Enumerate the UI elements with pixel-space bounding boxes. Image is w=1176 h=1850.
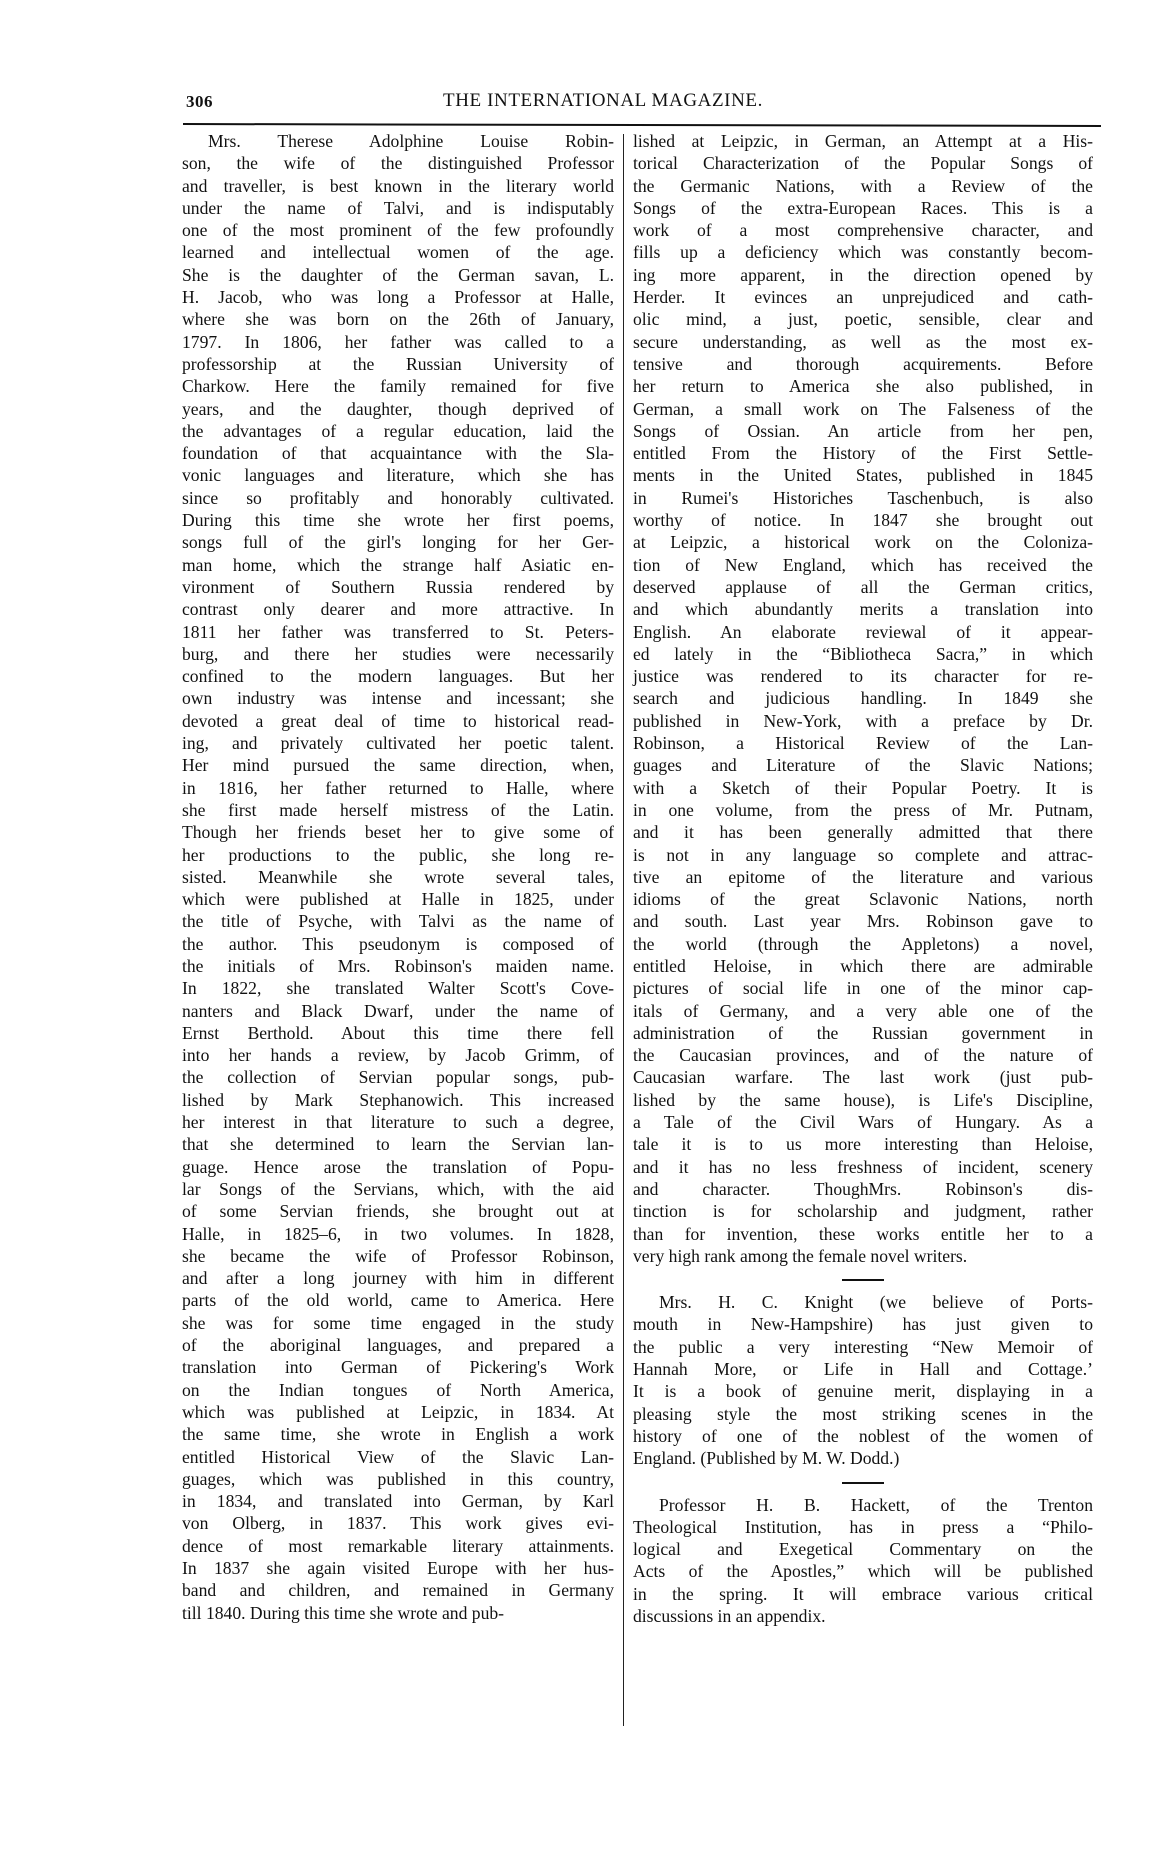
column-divider (623, 134, 624, 1726)
text-line: entitled From the History of the First S… (633, 442, 1093, 464)
text-line: own industry was intense and incessant; … (182, 687, 614, 709)
text-line: and after a long journey with him in dif… (182, 1267, 614, 1289)
text-line: vonic languages and literature, which sh… (182, 464, 614, 486)
text-line: Though her friends beset her to give som… (182, 821, 614, 843)
text-line: tive an epitome of the literature and va… (633, 866, 1093, 888)
text-line: Ernst Berthold. About this time there fe… (182, 1022, 614, 1044)
text-line: fills up a deficiency which was constant… (633, 241, 1093, 263)
text-line: band and children, and remained in Germa… (182, 1579, 614, 1601)
section-separator (842, 1482, 884, 1484)
text-line: the collection of Servian popular songs,… (182, 1066, 614, 1088)
text-line: in Rumei's Historiches Taschenbuch, is a… (633, 487, 1093, 509)
text-line: guage. Hence arose the translation of Po… (182, 1156, 614, 1178)
text-line: in 1834, and translated into German, by … (182, 1490, 614, 1512)
right-column: lished at Leipzic, in German, an Attempt… (633, 130, 1093, 1627)
text-line: 1797. In 1806, her father was called to … (182, 331, 614, 353)
text-line: It is a book of genuine merit, displayin… (633, 1380, 1093, 1402)
text-line: Mrs. H. C. Knight (we believe of Ports- (633, 1291, 1093, 1313)
text-line: the Germanic Nations, with a Review of t… (633, 175, 1093, 197)
text-line: logical and Exegetical Commentary on the (633, 1538, 1093, 1560)
text-line: her interest in that literature to such … (182, 1111, 614, 1133)
text-line: her productions to the public, she long … (182, 844, 614, 866)
text-line: von Olberg, in 1837. This work gives evi… (182, 1512, 614, 1534)
header-rule (183, 123, 1101, 127)
left-column: Mrs. Therese Adolphine Louise Robin-son,… (182, 130, 614, 1624)
article-knight-notice: Mrs. H. C. Knight (we believe of Ports-m… (633, 1291, 1093, 1469)
text-line: learned and intellectual women of the ag… (182, 241, 614, 263)
text-line: Acts of the Apostles,” which will be pub… (633, 1560, 1093, 1582)
text-line: her return to America she also published… (633, 375, 1093, 397)
text-line: Songs of the extra-European Races. This … (633, 197, 1093, 219)
text-line: in one volume, from the press of Mr. Put… (633, 799, 1093, 821)
text-line: of some Servian friends, she brought out… (182, 1200, 614, 1222)
text-line: the author. This pseudonym is composed o… (182, 933, 614, 955)
article-talvi-continuation: lished at Leipzic, in German, an Attempt… (633, 130, 1093, 1267)
text-line: very high rank among the female novel wr… (633, 1245, 1093, 1267)
text-line: published in New-York, with a preface by… (633, 710, 1093, 732)
text-line: man home, which the strange half Asiatic… (182, 554, 614, 576)
text-line: and it has been generally admitted that … (633, 821, 1093, 843)
text-line: In 1837 she again visited Europe with he… (182, 1557, 614, 1579)
text-line: pleasing style the most striking scenes … (633, 1403, 1093, 1425)
text-line: the public a very interesting “New Memoi… (633, 1336, 1093, 1358)
text-line: the Caucasian provinces, and of the natu… (633, 1044, 1093, 1066)
text-line: the world (through the Appletons) a nove… (633, 933, 1093, 955)
text-line: songs full of the girl's longing for her… (182, 531, 614, 553)
running-title: THE INTERNATIONAL MAGAZINE. (0, 90, 1176, 112)
text-line: ments in the United States, published in… (633, 464, 1093, 486)
text-line: Caucasian warfare. The last work (just p… (633, 1066, 1093, 1088)
text-line: ing more apparent, in the direction open… (633, 264, 1093, 286)
text-line: guages and Literature of the Slavic Nati… (633, 754, 1093, 776)
text-line: devoted a great deal of time to historic… (182, 710, 614, 732)
text-line: a Tale of the Civil Wars of Hungary. As … (633, 1111, 1093, 1133)
text-line: torical Characterization of the Popular … (633, 152, 1093, 174)
text-line: German, a small work on The Falseness of… (633, 398, 1093, 420)
text-line: H. Jacob, who was long a Professor at Ha… (182, 286, 614, 308)
text-line: parts of the old world, came to America.… (182, 1289, 614, 1311)
text-line: olic mind, a just, poetic, sensible, cle… (633, 308, 1093, 330)
text-line: discussions in an appendix. (633, 1605, 1093, 1627)
text-line: of the aboriginal languages, and prepare… (182, 1334, 614, 1356)
text-line: nanters and Black Dwarf, under the name … (182, 1000, 614, 1022)
article-hackett-notice: Professor H. B. Hackett, of the TrentonT… (633, 1494, 1093, 1628)
text-line: work of a most comprehensive character, … (633, 219, 1093, 241)
text-line: itals of Germany, and a very able one of… (633, 1000, 1093, 1022)
text-line: into her hands a review, by Jacob Grimm,… (182, 1044, 614, 1066)
running-title-text: THE INTERNATIONAL MAGAZINE. (443, 90, 763, 112)
text-line: search and judicious handling. In 1849 s… (633, 687, 1093, 709)
text-line: the initials of Mrs. Robinson's maiden n… (182, 955, 614, 977)
text-line: Her mind pursued the same direction, whe… (182, 754, 614, 776)
text-line: tinction is for scholarship and judgment… (633, 1200, 1093, 1222)
text-line: foundation of that acquaintance with the… (182, 442, 614, 464)
text-line: contrast only dearer and more attractive… (182, 598, 614, 620)
text-line: translation into German of Pickering's W… (182, 1356, 614, 1378)
text-line: deserved applause of all the German crit… (633, 576, 1093, 598)
text-line: Robinson, a Historical Review of the Lan… (633, 732, 1093, 754)
text-line: till 1840. During this time she wrote an… (182, 1602, 614, 1624)
text-line: and it has no less freshness of incident… (633, 1156, 1093, 1178)
text-line: secure understanding, as well as the mos… (633, 331, 1093, 353)
text-line: which was published at Leipzic, in 1834.… (182, 1401, 614, 1423)
text-line: the advantages of a regular education, l… (182, 420, 614, 442)
text-line: where she was born on the 26th of Januar… (182, 308, 614, 330)
text-line: one of the most prominent of the few pro… (182, 219, 614, 241)
text-line: ed lately in the “Bibliotheca Sacra,” in… (633, 643, 1093, 665)
text-line: she first made herself mistress of the L… (182, 799, 614, 821)
text-line: than for invention, these works entitle … (633, 1223, 1093, 1245)
text-line: with a Sketch of their Popular Poetry. I… (633, 777, 1093, 799)
text-line: In 1822, she translated Walter Scott's C… (182, 977, 614, 999)
text-line: During this time she wrote her first poe… (182, 509, 614, 531)
text-line: tion of New England, which has received … (633, 554, 1093, 576)
text-line: ing, and privately cultivated her poetic… (182, 732, 614, 754)
text-line: she was for some time engaged in the stu… (182, 1312, 614, 1334)
text-line: Halle, in 1825–6, in two volumes. In 182… (182, 1223, 614, 1245)
text-line: and south. Last year Mrs. Robinson gave … (633, 910, 1093, 932)
text-line: Herder. It evinces an unprejudiced and c… (633, 286, 1093, 308)
text-line: Mrs. Therese Adolphine Louise Robin- (182, 130, 614, 152)
text-line: lished by the same house), is Life's Dis… (633, 1089, 1093, 1111)
text-line: English. An elaborate reviewal of it app… (633, 621, 1093, 643)
text-line: history of one of the noblest of the wom… (633, 1425, 1093, 1447)
text-line: at Leipzic, a historical work on the Col… (633, 531, 1093, 553)
text-line: lar Songs of the Servians, which, with t… (182, 1178, 614, 1200)
text-line: since so profitably and honorably cultiv… (182, 487, 614, 509)
text-line: mouth in New-Hampshire) has just given t… (633, 1313, 1093, 1335)
text-line: tale it is to us more interesting than H… (633, 1133, 1093, 1155)
text-line: pictures of social life in one of the mi… (633, 977, 1093, 999)
text-line: burg, and there her studies were necessa… (182, 643, 614, 665)
text-line: and traveller, is best known in the lite… (182, 175, 614, 197)
text-line: in the spring. It will embrace various c… (633, 1583, 1093, 1605)
text-line: Charkow. Here the family remained for fi… (182, 375, 614, 397)
text-line: the same time, she wrote in English a wo… (182, 1423, 614, 1445)
text-line: son, the wife of the distinguished Profe… (182, 152, 614, 174)
text-line: entitled Historical View of the Slavic L… (182, 1446, 614, 1468)
text-line: England. (Published by M. W. Dodd.) (633, 1447, 1093, 1469)
text-line: entitled Heloise, in which there are adm… (633, 955, 1093, 977)
text-line: guages, which was published in this coun… (182, 1468, 614, 1490)
text-line: and character. ThoughMrs. Robinson's dis… (633, 1178, 1093, 1200)
text-line: sisted. Meanwhile she wrote several tale… (182, 866, 614, 888)
text-line: lished at Leipzic, in German, an Attempt… (633, 130, 1093, 152)
text-line: dence of most remarkable literary attain… (182, 1535, 614, 1557)
text-line: she became the wife of Professor Robinso… (182, 1245, 614, 1267)
text-line: under the name of Talvi, and is indisput… (182, 197, 614, 219)
text-line: She is the daughter of the German savan,… (182, 264, 614, 286)
text-line: worthy of notice. In 1847 she brought ou… (633, 509, 1093, 531)
text-line: lished by Mark Stephanowich. This increa… (182, 1089, 614, 1111)
text-line: is not in any language so complete and a… (633, 844, 1093, 866)
text-line: confined to the modern languages. But he… (182, 665, 614, 687)
text-line: Professor H. B. Hackett, of the Trenton (633, 1494, 1093, 1516)
text-line: that she determined to learn the Servian… (182, 1133, 614, 1155)
text-line: 1811 her father was transferred to St. P… (182, 621, 614, 643)
text-line: professorship at the Russian University … (182, 353, 614, 375)
section-separator (842, 1279, 884, 1281)
text-line: and which abundantly merits a translatio… (633, 598, 1093, 620)
text-line: which were published at Halle in 1825, u… (182, 888, 614, 910)
text-line: in 1816, her father returned to Halle, w… (182, 777, 614, 799)
text-line: Theological Institution, has in press a … (633, 1516, 1093, 1538)
text-line: justice was rendered to its character fo… (633, 665, 1093, 687)
text-line: idioms of the great Sclavonic Nations, n… (633, 888, 1093, 910)
text-line: administration of the Russian government… (633, 1022, 1093, 1044)
text-line: vironment of Southern Russia rendered by (182, 576, 614, 598)
text-line: Hannah More, or Life in Hall and Cottage… (633, 1358, 1093, 1380)
text-line: tensive and thorough acquirements. Befor… (633, 353, 1093, 375)
text-line: the title of Psyche, with Talvi as the n… (182, 910, 614, 932)
text-line: on the Indian tongues of North America, (182, 1379, 614, 1401)
text-line: Songs of Ossian. An article from her pen… (633, 420, 1093, 442)
text-line: years, and the daughter, though deprived… (182, 398, 614, 420)
